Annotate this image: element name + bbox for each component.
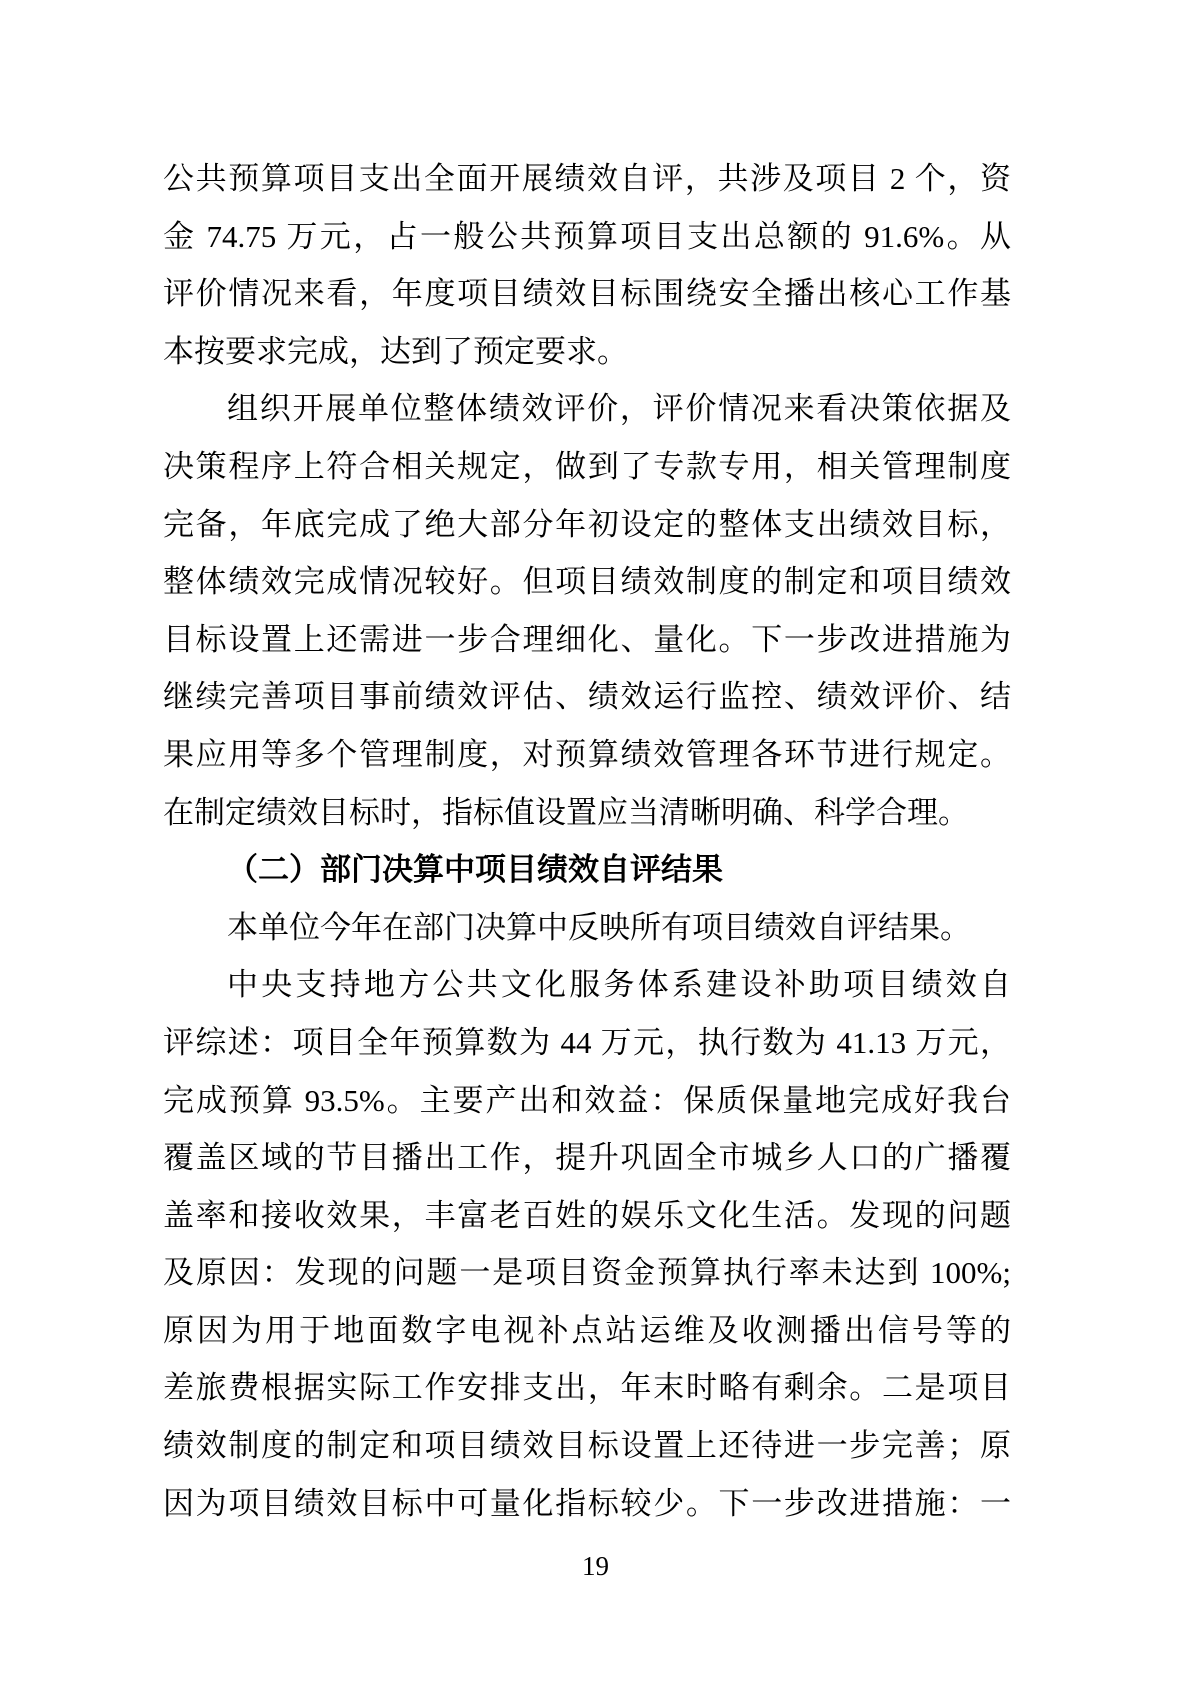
body-line: 在制定绩效目标时，指标值设置应当清晰明确、科学合理。	[163, 784, 1011, 842]
body-line: 绩效制度的制定和项目绩效目标设置上还待进一步完善；原	[163, 1417, 1011, 1475]
body-line: 果应用等多个管理制度，对预算绩效管理各环节进行规定。	[163, 726, 1011, 784]
body-line: 完备，年底完成了绝大部分年初设定的整体支出绩效目标，	[163, 496, 1011, 554]
body-line: 公共预算项目支出全面开展绩效自评，共涉及项目 2 个，资	[163, 150, 1011, 208]
section-heading: （二）部门决算中项目绩效自评结果	[163, 841, 1011, 899]
page-number: 19	[0, 1549, 1191, 1583]
document-page: 公共预算项目支出全面开展绩效自评，共涉及项目 2 个，资 金 74.75 万元，…	[0, 0, 1191, 1684]
body-line: 原因为用于地面数字电视补点站运维及收测播出信号等的	[163, 1302, 1011, 1360]
body-line: 盖率和接收效果，丰富老百姓的娱乐文化生活。发现的问题	[163, 1187, 1011, 1245]
body-line: 及原因：发现的问题一是项目资金预算执行率未达到 100%;	[163, 1244, 1011, 1302]
body-line: 因为项目绩效目标中可量化指标较少。下一步改进措施：一	[163, 1475, 1011, 1533]
document-body: 公共预算项目支出全面开展绩效自评，共涉及项目 2 个，资 金 74.75 万元，…	[163, 150, 1011, 1532]
body-line: 中央支持地方公共文化服务体系建设补助项目绩效自	[163, 956, 1011, 1014]
body-line: 覆盖区域的节目播出工作，提升巩固全市城乡人口的广播覆	[163, 1129, 1011, 1187]
body-line: 整体绩效完成情况较好。但项目绩效制度的制定和项目绩效	[163, 553, 1011, 611]
body-line: 组织开展单位整体绩效评价，评价情况来看决策依据及	[163, 380, 1011, 438]
body-line: 决策程序上符合相关规定，做到了专款专用，相关管理制度	[163, 438, 1011, 496]
body-line: 差旅费根据实际工作安排支出，年末时略有剩余。二是项目	[163, 1359, 1011, 1417]
body-line: 目标设置上还需进一步合理细化、量化。下一步改进措施为	[163, 611, 1011, 669]
body-line: 评综述：项目全年预算数为 44 万元，执行数为 41.13 万元，	[163, 1014, 1011, 1072]
body-line: 本按要求完成，达到了预定要求。	[163, 323, 1011, 381]
body-line: 金 74.75 万元，占一般公共预算项目支出总额的 91.6%。从	[163, 208, 1011, 266]
body-line: 完成预算 93.5%。主要产出和效益：保质保量地完成好我台	[163, 1072, 1011, 1130]
body-line: 继续完善项目事前绩效评估、绩效运行监控、绩效评价、结	[163, 668, 1011, 726]
body-line: 本单位今年在部门决算中反映所有项目绩效自评结果。	[163, 899, 1011, 957]
body-line: 评价情况来看，年度项目绩效目标围绕安全播出核心工作基	[163, 265, 1011, 323]
